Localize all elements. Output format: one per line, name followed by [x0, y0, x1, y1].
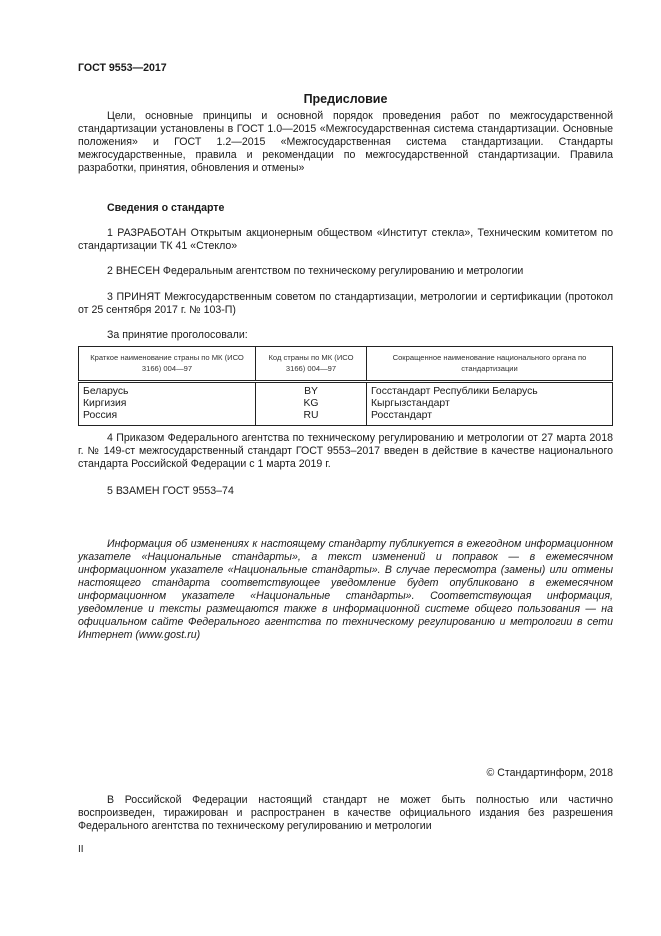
document-code: ГОСТ 9553—2017	[78, 62, 167, 75]
info-item-5: 5 ВЗАМЕН ГОСТ 9553–74	[78, 485, 613, 498]
section-heading: Сведения о стандарте	[78, 202, 613, 215]
page-number: II	[78, 843, 84, 856]
info-item-1: 1 РАЗРАБОТАН Открытым акционерным общест…	[78, 227, 613, 253]
foreword-intro: Цели, основные принципы и основной поряд…	[78, 110, 613, 175]
info-item-2: 2 ВНЕСЕН Федеральным агентством по техни…	[78, 265, 613, 278]
table-row: Киргизия KG Кыргызстандарт	[79, 398, 613, 410]
table-row: Россия RU Росстандарт	[79, 410, 613, 426]
cell-country: Россия	[79, 410, 256, 426]
page-title: Предисловие	[78, 93, 613, 106]
column-header-body: Сокращенное наименование национального о…	[367, 347, 613, 382]
info-item-3: 3 ПРИНЯТ Межгосударственным советом по с…	[78, 291, 613, 317]
reproduction-notice: В Российской Федерации настоящий стандар…	[78, 794, 613, 833]
cell-code: BY	[256, 382, 367, 399]
cell-code: RU	[256, 410, 367, 426]
table-row: Беларусь BY Госстандарт Республики Белар…	[79, 382, 613, 399]
copyright: © Стандартинформ, 2018	[78, 767, 613, 780]
cell-country: Киргизия	[79, 398, 256, 410]
table-header-row: Краткое наименование страны по МК (ИСО 3…	[79, 347, 613, 382]
cell-body: Кыргызстандарт	[367, 398, 613, 410]
cell-code: KG	[256, 398, 367, 410]
info-item-4: 4 Приказом Федерального агентства по тех…	[78, 432, 613, 471]
voted-label: За принятие проголосовали:	[78, 329, 613, 342]
cell-body: Госстандарт Республики Беларусь	[367, 382, 613, 399]
votes-table: Краткое наименование страны по МК (ИСО 3…	[78, 346, 613, 426]
column-header-code: Код страны по МК (ИСО 3166) 004—97	[256, 347, 367, 382]
column-header-country: Краткое наименование страны по МК (ИСО 3…	[79, 347, 256, 382]
cell-body: Росстандарт	[367, 410, 613, 426]
changes-notice: Информация об изменениях к настоящему ст…	[78, 538, 613, 642]
cell-country: Беларусь	[79, 382, 256, 399]
